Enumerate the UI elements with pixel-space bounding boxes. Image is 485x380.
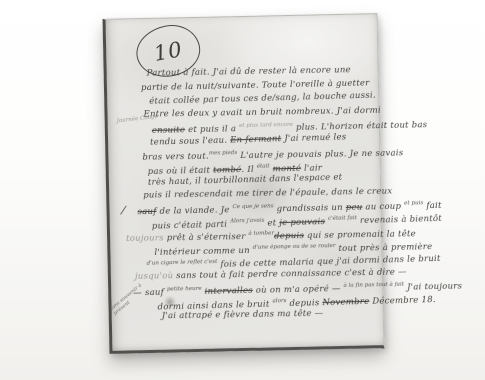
handwritten-text: qui se promenait la tête <box>304 229 416 241</box>
interlinear-insert: d'un cigare le reflet c'est <box>147 259 218 267</box>
handwritten-text: Décembre 18. <box>369 294 436 306</box>
handwritten-text: Entre les deux y avait un bruit nombreux… <box>143 105 381 119</box>
handwritten-text: sans tout à fait perdre connaissance c'e… <box>173 267 407 281</box>
handwritten-text: puis il redescendait me tirer de l'épaul… <box>143 186 392 200</box>
handwritten-text: L'autre je pouvais plus. Je ne savais <box>237 148 403 161</box>
handwritten-text: bras vers tout. <box>142 152 209 163</box>
interlinear-insert: d'une éponge ou de se rouler <box>253 243 336 251</box>
interlinear-insert: à la fin pas tout à fait <box>343 282 404 289</box>
handwritten-text: prêt à s'éterniser <box>164 232 249 243</box>
handwritten-text: Partout à fait. J'ai dû de rester là enc… <box>147 65 351 78</box>
margin-slash-mark: / <box>121 203 126 216</box>
struck-through-text: sauf <box>137 207 156 217</box>
interlinear-insert: petite heure <box>167 286 202 293</box>
interlinear-insert: était <box>257 163 270 169</box>
handwritten-text: revenais à bientôt <box>357 213 442 225</box>
handwritten-text: J'ai attrapé e fièvre dans ma tête — <box>162 309 324 322</box>
struck-through-text: ensuite <box>152 125 185 136</box>
struck-through-text: depuis <box>274 231 304 241</box>
pencil-text: jusqu'où <box>135 271 173 282</box>
interlinear-insert: alors <box>272 298 286 304</box>
struck-through-text: Novembre <box>322 296 369 307</box>
pencil-text: toujours <box>126 233 164 244</box>
handwritten-text-block: Partout à fait. J'ai dû de rester là enc… <box>129 63 377 325</box>
handwritten-text: — sauf <box>133 288 167 299</box>
photographed-manuscript-scene: 10 Journée Congé / sans souvenir à prése… <box>0 0 485 380</box>
interlinear-insert: et puis <box>404 200 423 206</box>
manuscript-page: 10 Journée Congé / sans souvenir à prése… <box>103 13 385 354</box>
struck-through-text: En fermant <box>230 134 281 145</box>
handwritten-text: tendu sous l'eau. <box>150 135 230 147</box>
interlinear-insert: c'était fait <box>328 215 357 222</box>
handwritten-text: fait <box>423 201 442 211</box>
manuscript-line: J'ai attrapé e fièvre dans ma tête — <box>162 307 377 324</box>
page-number-text: 10 <box>152 37 185 66</box>
interlinear-insert: mes pieds <box>209 150 238 156</box>
handwritten-text: J'ai toujours <box>404 281 462 292</box>
interlinear-insert: Ce que je sens <box>232 203 273 210</box>
handwritten-text: J'ai remué les <box>281 132 346 144</box>
interlinear-insert: et plus tard encore <box>239 122 293 129</box>
interlinear-insert: Alors j'avais <box>230 217 264 224</box>
interlinear-insert: à tomber <box>248 230 274 236</box>
